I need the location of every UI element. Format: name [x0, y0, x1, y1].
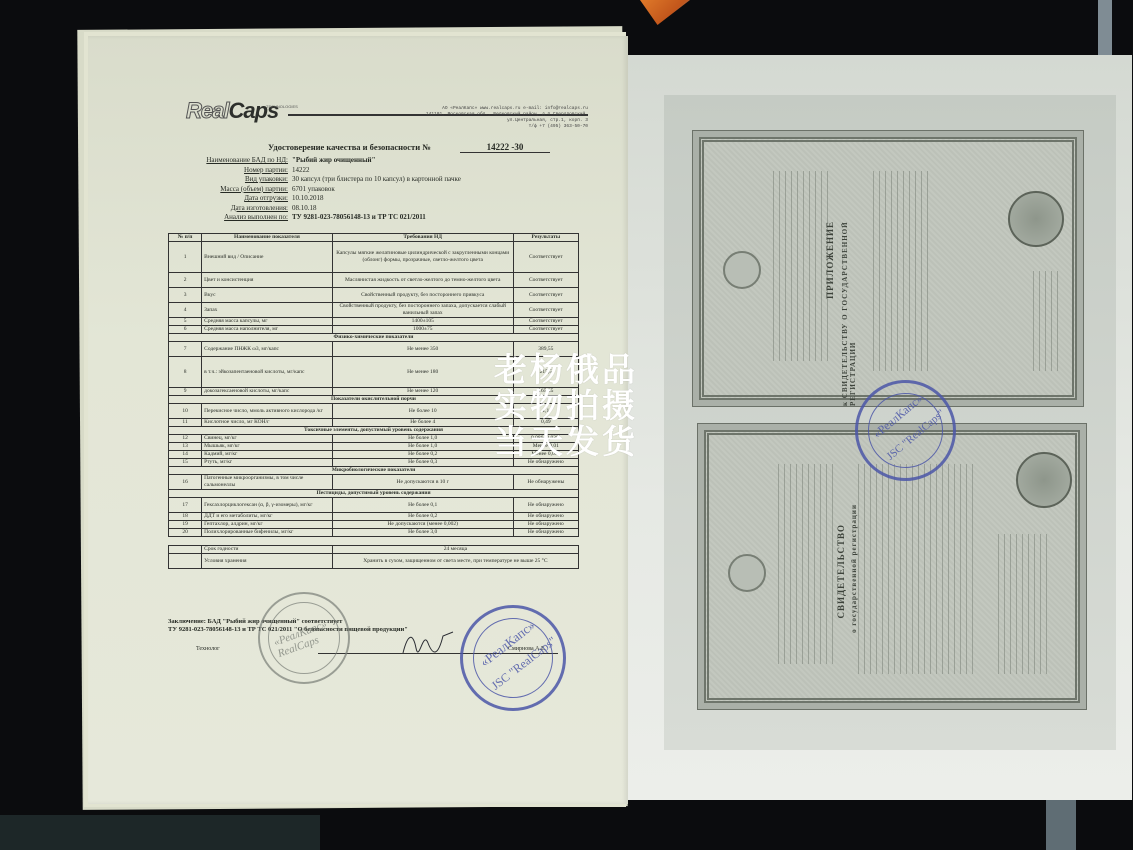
indicator-name: Свинец, мг/кг: [202, 435, 333, 443]
field-row: Дата изготовления:08.10.18: [168, 204, 588, 214]
table-row: 3ВкусСвойственный продукту, без посторон…: [169, 288, 579, 303]
requirement: Не более 3,0: [332, 529, 513, 537]
seal-icon: [1008, 191, 1064, 247]
result: Соответствует: [513, 303, 578, 318]
field-row: Номер партии:14222: [168, 166, 588, 176]
certificate-text-block: [1033, 271, 1058, 371]
table-section-row: Микробиологические показатели: [169, 467, 579, 475]
stamp-text: «РеалКапс» RealCaps: [272, 612, 350, 660]
field-row: Масса (объем) партии:6701 упаковок: [168, 185, 588, 195]
row-number: [169, 546, 202, 554]
col-indicator: Наименование показателя: [202, 234, 333, 242]
table-row: 2Цвет и консистенцияМаслянистая жидкость…: [169, 273, 579, 288]
field-value: 14222: [292, 166, 310, 176]
logo-subtitle: TECHNOLOGIES: [266, 104, 298, 109]
row-number: 3: [169, 288, 202, 303]
product-fields: Наименование БАД по НД:"Рыбий жир очищен…: [168, 156, 588, 223]
indicator-name: Гексахлорциклогексан (α, β, γ-изомеры), …: [202, 498, 333, 513]
col-number: № п/п: [169, 234, 202, 242]
requirement: Не менее 120: [332, 388, 513, 396]
field-value: "Рыбий жир очищенный": [292, 156, 375, 166]
section-title: Физико-химические показатели: [169, 334, 579, 342]
row-number: 5: [169, 318, 202, 326]
emblem-icon: [728, 554, 766, 592]
indicator-name: Гептахлор, алдрин, мг/кг: [202, 521, 333, 529]
indicator-name: Вкус: [202, 288, 333, 303]
company-stamp-blue: «РеалКапс» JSC "RealCaps": [460, 605, 566, 711]
field-value: 10.10.2018: [292, 194, 324, 204]
field-label: Наименование БАД по НД:: [206, 156, 288, 166]
table-row: 16Патогенные микроорганизмы, в том числе…: [169, 475, 579, 490]
row-number: 18: [169, 513, 202, 521]
indicator-name: Полихлорированные бифенилы, мг/кг: [202, 529, 333, 537]
col-result: Результаты: [513, 234, 578, 242]
row-number: [169, 554, 202, 569]
certificate-text-block: [778, 464, 838, 664]
field-value: ТУ 9281-023-78056148-13 и ТР ТС 021/2011: [292, 213, 426, 223]
table-section-row: Пестициды, допустимый уровень содержания: [169, 490, 579, 498]
requirement: Не более 1,0: [332, 435, 513, 443]
table-footer-row: Срок годности24 месяца: [169, 546, 579, 554]
technologist-label: Технолог: [196, 646, 220, 652]
result: Соответствует: [513, 318, 578, 326]
requirement: Не более 1,0: [332, 443, 513, 451]
requirement: Не допускаются (менее 0,002): [332, 521, 513, 529]
table-row: 18ДДТ и его метаболиты, мг/кгНе более 0,…: [169, 513, 579, 521]
emblem-icon: [723, 251, 761, 289]
row-number: 14: [169, 451, 202, 459]
result: Соответствует: [513, 242, 578, 273]
table-spacer: [169, 537, 579, 546]
seller-watermark: 老杨俄品 实物拍摄 当天发货: [494, 352, 638, 460]
registration-appendix-certificate: ПРИЛОЖЕНИЕ к СВИДЕТЕЛЬСТВУ О ГОСУДАРСТВЕ…: [692, 130, 1084, 407]
row-number: 10: [169, 404, 202, 419]
field-row: Наименование БАД по НД:"Рыбий жир очищен…: [168, 156, 588, 166]
table-section-row: Физико-химические показатели: [169, 334, 579, 342]
orange-box-corner: [640, 0, 690, 25]
col-requirement: Требования НД: [332, 234, 513, 242]
row-number: 1: [169, 242, 202, 273]
field-label: Дата изготовления:: [231, 204, 288, 214]
row-number: 16: [169, 475, 202, 490]
field-label: Масса (объем) партии:: [220, 185, 288, 195]
footer-label: Срок годности: [202, 546, 333, 554]
result: Не обнаружено: [513, 521, 578, 529]
field-row: Анализ выполнен по:ТУ 9281-023-78056148-…: [168, 213, 588, 223]
section-title: Пестициды, допустимый уровень содержания: [169, 490, 579, 498]
row-number: 13: [169, 443, 202, 451]
requirement: Капсулы мягкие желатиновые цилиндрическо…: [332, 242, 513, 273]
indicator-name: Средняя масса наполнителя, мг: [202, 326, 333, 334]
certificate-text-block: [858, 464, 978, 674]
certificate-text-block: [873, 171, 933, 371]
section-title: Микробиологические показатели: [169, 467, 579, 475]
field-value: 08.10.18: [292, 204, 317, 214]
stamp-text: JSC "RealCaps": [885, 407, 948, 462]
field-value: 30 капсул (три блистера по 10 капсул) в …: [292, 175, 461, 185]
table-row: 6Средняя масса наполнителя, мг1000±75Соо…: [169, 326, 579, 334]
realcaps-logo: RealCaps: [186, 98, 278, 124]
row-number: 11: [169, 419, 202, 427]
table-row: 4ЗапахСвойственный продукту, без посторо…: [169, 303, 579, 318]
row-number: 7: [169, 342, 202, 357]
footer-value: 24 месяца: [332, 546, 578, 554]
field-row: Вид упаковки:30 капсул (три блистера по …: [168, 175, 588, 185]
result: Не обнаружены: [513, 475, 578, 490]
certificate-title: СВИДЕТЕЛЬСТВО: [836, 524, 846, 619]
footer-value: Хранить в сухом, защищенном от света мес…: [332, 554, 578, 569]
indicator-name: Цвет и консистенция: [202, 273, 333, 288]
row-number: 6: [169, 326, 202, 334]
row-number: 12: [169, 435, 202, 443]
table-header-row: № п/п Наименование показателя Требования…: [169, 234, 579, 242]
result: Не обнаружено: [513, 529, 578, 537]
footer-label: Условия хранения: [202, 554, 333, 569]
result: Соответствует: [513, 326, 578, 334]
certificate-subtitle: о государственной регистрации: [850, 504, 858, 633]
table-row: 17Гексахлорциклогексан (α, β, γ-изомеры)…: [169, 498, 579, 513]
table-footer-row: Условия храненияХранить в сухом, защищен…: [169, 554, 579, 569]
requirement: Не менее 180: [332, 357, 513, 388]
row-number: 17: [169, 498, 202, 513]
certificate-number: 14222 -30: [460, 142, 550, 153]
row-number: 20: [169, 529, 202, 537]
requirement: Маслянистая жидкость от светло-желтого д…: [332, 273, 513, 288]
row-number: 2: [169, 273, 202, 288]
table-row: 20Полихлорированные бифенилы, мг/кгНе бо…: [169, 529, 579, 537]
requirement: 1000±75: [332, 326, 513, 334]
stamp-text: «РеалКапс»: [870, 391, 926, 441]
result: Соответствует: [513, 273, 578, 288]
certificate-title: Удостоверение качества и безопасности №: [268, 142, 431, 152]
requirement: Не более 0,3: [332, 459, 513, 467]
table-row: 19Гептахлор, алдрин, мг/кгНе допускаются…: [169, 521, 579, 529]
seal-icon: [1016, 452, 1072, 508]
company-stamp-gray: «РеалКапс» RealCaps: [258, 592, 350, 684]
certificate-text-block: [998, 534, 1048, 674]
indicator-name: Внешний вид / Описание: [202, 242, 333, 273]
field-row: Дата отгрузки:10.10.2018: [168, 194, 588, 204]
table-row: 5Средняя масса капсулы, мг1400±105Соотве…: [169, 318, 579, 326]
stamp-text: «РеалКапс»: [477, 618, 538, 671]
requirement: Не более 0,2: [332, 513, 513, 521]
field-label: Анализ выполнен по:: [224, 213, 288, 223]
result: Не обнаружено: [513, 513, 578, 521]
indicator-name: Мышьяк, мг/кг: [202, 443, 333, 451]
indicator-name: Содержание ПНЖК ω3, мг/капс: [202, 342, 333, 357]
result: Не обнаружено: [513, 498, 578, 513]
indicator-name: докозагексаеновой кислоты, мг/капс: [202, 388, 333, 396]
field-label: Дата отгрузки:: [244, 194, 288, 204]
requirement: Свойственный продукту, без постороннего …: [332, 303, 513, 318]
indicator-name: Средняя масса капсулы, мг: [202, 318, 333, 326]
stamp-text: JSC "RealCaps": [489, 634, 560, 694]
requirement: Не более 10: [332, 404, 513, 419]
field-value: 6701 упаковок: [292, 185, 335, 195]
row-number: 15: [169, 459, 202, 467]
field-label: Вид упаковки:: [245, 175, 288, 185]
indicator-name: Перекисное число, ммоль активного кислор…: [202, 404, 333, 419]
indicator-name: в т.ч.: эйкозапентаеновой кислоты, мг/ка…: [202, 357, 333, 388]
spacer-cell: [169, 537, 579, 546]
indicator-name: Кадмий, мг/кг: [202, 451, 333, 459]
company-address: АО «РеалКапс» www.realcaps.ru e-mail: in…: [388, 106, 588, 130]
floor-shadow: [0, 815, 320, 850]
indicator-name: Ртуть, мг/кг: [202, 459, 333, 467]
table-row: 1Внешний вид / ОписаниеКапсулы мягкие же…: [169, 242, 579, 273]
indicator-name: Кислотное число, мг КОН/г: [202, 419, 333, 427]
row-number: 19: [169, 521, 202, 529]
requirement: Не более 0,1: [332, 498, 513, 513]
result: Соответствует: [513, 288, 578, 303]
requirement: Не допускаются в 10 г: [332, 475, 513, 490]
row-number: 4: [169, 303, 202, 318]
row-number: 8: [169, 357, 202, 388]
requirement: Не более 0,2: [332, 451, 513, 459]
requirement: Не менее 350: [332, 342, 513, 357]
indicator-name: ДДТ и его метаболиты, мг/кг: [202, 513, 333, 521]
row-number: 9: [169, 388, 202, 396]
certificate-subtitle: к СВИДЕТЕЛЬСТВУ О ГОСУДАРСТВЕННОЙ РЕГИСТ…: [841, 171, 857, 406]
requirement: Свойственный продукту, без постороннего …: [332, 288, 513, 303]
certificate-text-block: [773, 171, 833, 361]
signature: [398, 628, 458, 658]
indicator-name: Патогенные микроорганизмы, в том числе с…: [202, 475, 333, 490]
field-label: Номер партии:: [244, 166, 288, 176]
indicator-name: Запах: [202, 303, 333, 318]
requirement: Не более 4: [332, 419, 513, 427]
certificate-title: ПРИЛОЖЕНИЕ: [825, 221, 835, 299]
background-post: [1098, 0, 1112, 60]
requirement: 1400±105: [332, 318, 513, 326]
company-stamp-right: «РеалКапс» JSC "RealCaps": [855, 380, 956, 481]
